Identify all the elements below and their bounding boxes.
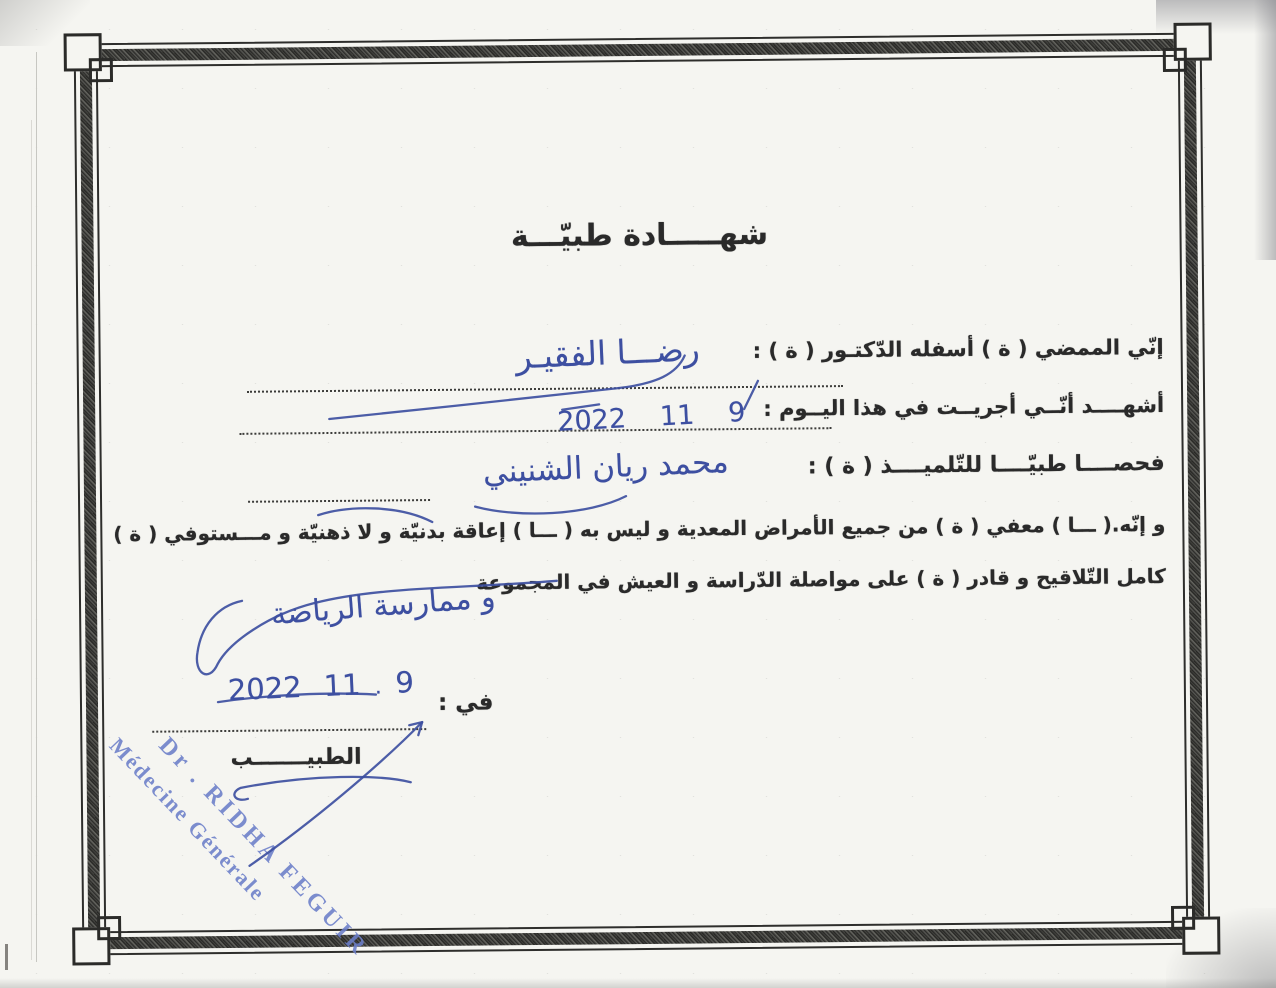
issue-date-label: في : xyxy=(438,689,494,716)
paper-edge-line xyxy=(31,120,32,960)
scan-mark xyxy=(5,944,8,970)
exam-date-day: 9 xyxy=(727,397,746,429)
exam-date-month: 11 xyxy=(659,400,695,433)
exam-date-year: 2022 xyxy=(557,403,627,438)
issue-date-separator: . xyxy=(374,674,382,699)
scanned-medical-certificate: شهـــــادة طبيّـــة إنّي الممضي ( ة ) أس… xyxy=(0,0,1276,988)
doctor-signature-label: الطبيـــــــب xyxy=(230,745,361,771)
scan-shadow-bottom-edge xyxy=(0,978,1276,988)
issue-date-month: 11 xyxy=(323,667,361,703)
certificate-sheet: شهـــــادة طبيّـــة إنّي الممضي ( ة ) أس… xyxy=(74,33,1211,956)
border-corner-bottom-left xyxy=(72,927,110,965)
border-corner-top-left xyxy=(64,33,102,71)
issue-date-day: 9 xyxy=(395,665,415,700)
scan-shadow-right-edge xyxy=(1254,0,1276,260)
paper-edge-line xyxy=(36,52,37,962)
issue-date-year: 2022 xyxy=(227,670,302,707)
border-inner-line xyxy=(96,55,1188,933)
border-corner-top-right xyxy=(1174,23,1212,61)
border-corner-bottom-right xyxy=(1182,916,1220,954)
doctor-field-label: إنّي الممضي ( ة ) أسفله الدّكتـور ( ة ) … xyxy=(753,335,1164,363)
student-field-label: فحصــــا طبيّــــا للتّلميــــذ ( ة ) : xyxy=(808,451,1165,479)
exam-date-field-label: أشهــــد أنّــي أجريــت في هذا اليــوم : xyxy=(763,393,1164,421)
